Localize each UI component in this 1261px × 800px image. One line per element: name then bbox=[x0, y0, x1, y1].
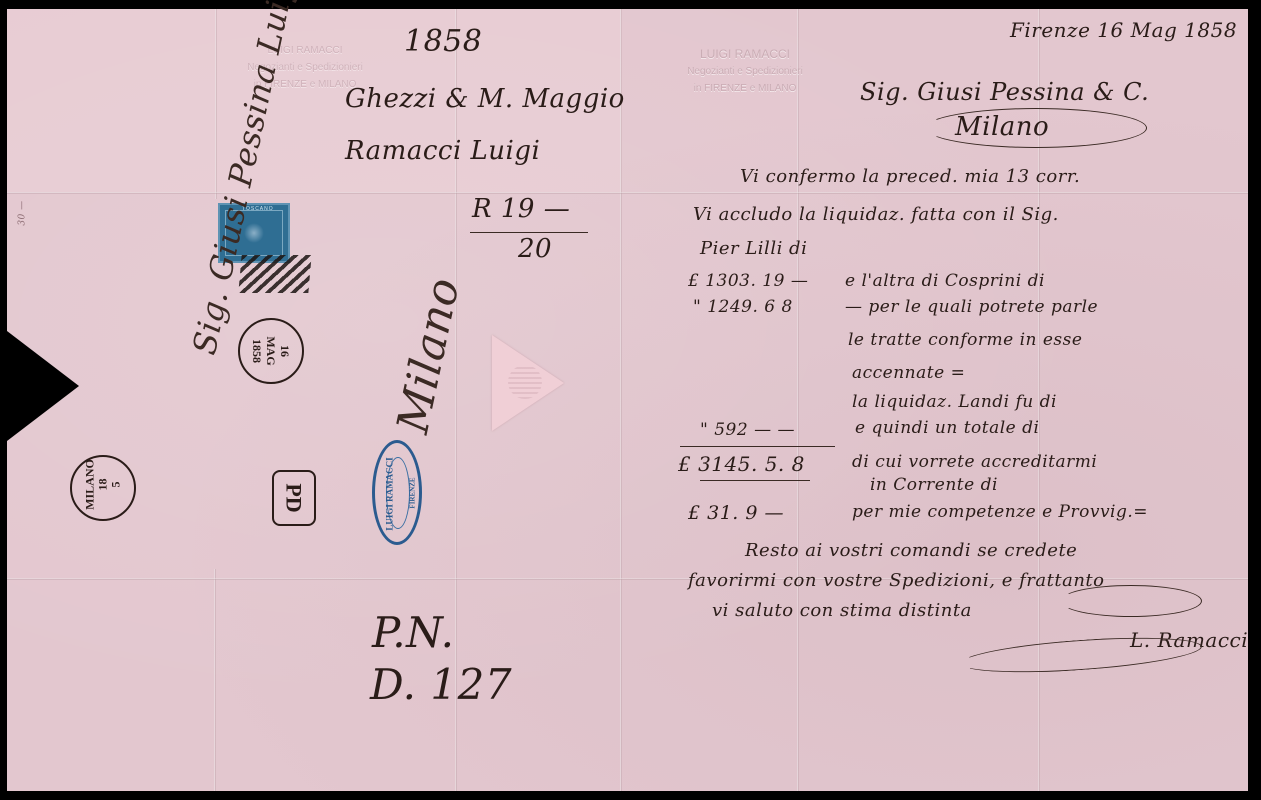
ledger-text: e l'altra di Cosprini di bbox=[845, 271, 1045, 291]
body-line: Vi accludo la liquidaz. fatta con il Sig… bbox=[693, 204, 1059, 225]
docket-year: 1858 bbox=[404, 24, 482, 59]
fold-crease bbox=[215, 9, 217, 199]
ledger-text: accennate = bbox=[852, 363, 965, 383]
rate-bottom: 20 bbox=[518, 234, 552, 264]
margin-note: 30 — bbox=[18, 200, 28, 225]
pd-text: PD bbox=[281, 483, 307, 512]
ledger-sum-rule bbox=[680, 446, 835, 447]
ledger-amount: " 592 — — bbox=[700, 420, 795, 440]
cachet-town: FIRENZE bbox=[409, 477, 417, 508]
pd-boxed-handstamp: PD bbox=[272, 470, 316, 526]
back-notation-line1: P.N. bbox=[372, 608, 455, 657]
ledger-total: £ 3145. 5. 8 bbox=[678, 452, 805, 476]
postmark-month: MAG bbox=[264, 320, 278, 382]
letter-recipient-line1: Sig. Giusi Pessina & C. bbox=[860, 78, 1149, 106]
ledger-text: e quindi un totale di bbox=[855, 418, 1039, 438]
ledger-text: la liquidaz. Landi fu di bbox=[852, 392, 1057, 412]
ledger-amount: £ 31. 9 — bbox=[688, 502, 784, 524]
ledger-text: le tratte conforme in esse bbox=[848, 330, 1082, 350]
ledger-amount: " 1249. 6 8 bbox=[693, 297, 793, 317]
fold-crease bbox=[214, 569, 216, 791]
ledger-amount: £ 1303. 19 — bbox=[688, 271, 808, 291]
ledger-text: di cui vorrete accreditarmi bbox=[852, 452, 1097, 472]
letterhead-name: LUIGI RAMACCI bbox=[660, 46, 830, 63]
letterhead-trade: Negozianti e Spedizionieri bbox=[660, 63, 830, 80]
seal-embossing bbox=[508, 365, 542, 399]
closing-line: favorirmi con vostre Spedizioni, e fratt… bbox=[688, 570, 1105, 591]
body-line: Vi confermo la preced. mia 13 corr. bbox=[740, 166, 1080, 187]
fold-crease-center bbox=[620, 9, 622, 791]
ledger-underline bbox=[700, 480, 810, 481]
postmark-year: 1858 bbox=[250, 320, 264, 382]
milano-postmark: MILANO 18 5 bbox=[70, 455, 136, 521]
fold-crease-horizontal bbox=[7, 192, 1248, 194]
body-line: Pier Lilli di bbox=[700, 238, 807, 259]
closing-line: vi saluto con stima distinta bbox=[712, 600, 972, 621]
letterhead-cities: in FIRENZE e MILANO bbox=[660, 80, 830, 97]
cachet-name: LUIGI RAMACCI bbox=[385, 457, 395, 530]
barred-cancel-mark bbox=[238, 255, 311, 293]
sender-oval-cachet: LUIGI RAMACCI FIRENZE bbox=[372, 440, 422, 545]
letter-place-date: Firenze 16 Mag 1858 bbox=[1010, 18, 1237, 42]
ledger-text: — per le quali potrete parle bbox=[845, 297, 1098, 317]
ledger-text: per mie competenze e Provvig.= bbox=[852, 502, 1148, 522]
back-notation-line2: D. 127 bbox=[370, 660, 512, 709]
docket-sender-line2: Ramacci Luigi bbox=[345, 136, 540, 166]
postmark-month: 5 bbox=[110, 454, 123, 516]
docket-sender-line1: Ghezzi & M. Maggio bbox=[345, 84, 625, 114]
recipient-flourish bbox=[925, 108, 1147, 148]
closing-line: Resto ai vostri comandi se credete bbox=[745, 540, 1077, 561]
closing-flourish bbox=[1060, 585, 1202, 617]
sheet-notch-cutout bbox=[7, 331, 79, 441]
ledger-text: in Corrente di bbox=[870, 475, 998, 495]
postmark-day: 16 bbox=[278, 320, 292, 382]
rate-top: R 19 — bbox=[472, 194, 570, 224]
fold-crease bbox=[797, 9, 799, 791]
rate-divider bbox=[470, 232, 588, 233]
firenze-postmark: 16 MAG 1858 bbox=[238, 318, 304, 384]
letterhead-emboss: LUIGI RAMACCI Negozianti e Spedizionieri… bbox=[660, 46, 830, 97]
